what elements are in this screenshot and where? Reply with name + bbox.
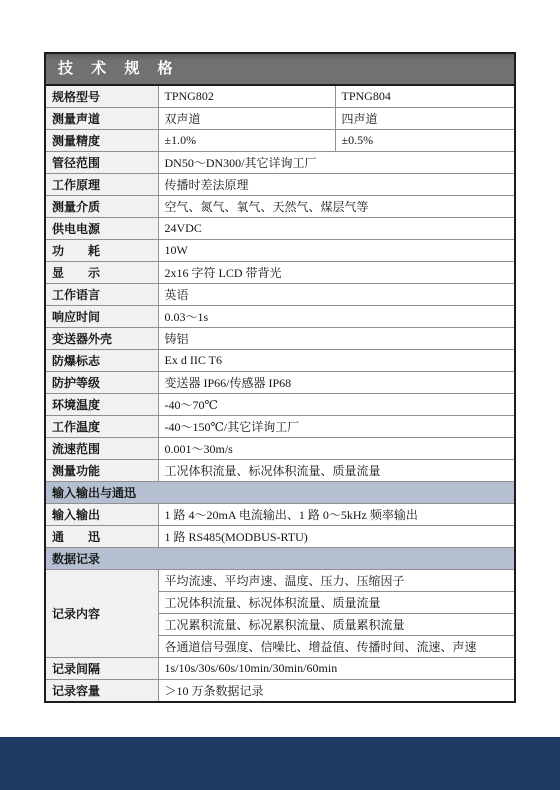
- section-header-data: 数据记录: [46, 548, 514, 570]
- spec-value: 英语: [158, 284, 514, 306]
- spec-value: 工况体积流量、标况体积流量、质量流量: [158, 592, 514, 614]
- section-header-io: 输入输出与通迅: [46, 482, 514, 504]
- spec-label: 工作语言: [46, 284, 158, 306]
- spec-value: 10W: [158, 240, 514, 262]
- spec-value: 四声道: [335, 108, 514, 130]
- table-row: 功 耗 10W: [46, 240, 514, 262]
- table-row: 防爆标志 Ex d IIC T6: [46, 350, 514, 372]
- table-row: 工作语言 英语: [46, 284, 514, 306]
- table-row: 记录内容 平均流速、平均声速、温度、压力、压缩因子: [46, 570, 514, 592]
- spec-label: 测量声道: [46, 108, 158, 130]
- spec-value: DN50～DN300/其它详询工厂: [158, 152, 514, 174]
- spec-label: 响应时间: [46, 306, 158, 328]
- spec-value: 2x16 字符 LCD 带背光: [158, 262, 514, 284]
- table-row: 输入输出 1 路 4～20mA 电流输出、1 路 0～5kHz 频率输出: [46, 504, 514, 526]
- table-row: 工作原理 传播时差法原理: [46, 174, 514, 196]
- spec-label: 环境温度: [46, 394, 158, 416]
- spec-label: 测量介质: [46, 196, 158, 218]
- table-row: 通 迅 1 路 RS485(MODBUS-RTU): [46, 526, 514, 548]
- spec-label: 防爆标志: [46, 350, 158, 372]
- spec-label: 规格型号: [46, 86, 158, 108]
- spec-label: 输入输出: [46, 504, 158, 526]
- spec-value: -40～150℃/其它详询工厂: [158, 416, 514, 438]
- spec-table: 规格型号 TPNG802 TPNG804 测量声道 双声道 四声道 测量精度 ±…: [46, 86, 514, 701]
- table-row: 测量精度 ±1.0% ±0.5%: [46, 130, 514, 152]
- spec-value: 铸铝: [158, 328, 514, 350]
- table-row: 规格型号 TPNG802 TPNG804: [46, 86, 514, 108]
- spec-value: 1s/10s/30s/60s/10min/30min/60min: [158, 658, 514, 680]
- spec-value: 空气、氮气、氧气、天然气、煤层气等: [158, 196, 514, 218]
- page-title: 技 术 规 格: [46, 54, 514, 86]
- spec-label: 通 迅: [46, 526, 158, 548]
- spec-value: TPNG802: [158, 86, 335, 108]
- spec-value: 1 路 RS485(MODBUS-RTU): [158, 526, 514, 548]
- spec-value: TPNG804: [335, 86, 514, 108]
- spec-value: 24VDC: [158, 218, 514, 240]
- table-row: 流速范围 0.001～30m/s: [46, 438, 514, 460]
- table-row: 响应时间 0.03～1s: [46, 306, 514, 328]
- spec-label: 测量精度: [46, 130, 158, 152]
- spec-label: 显 示: [46, 262, 158, 284]
- spec-label: 管径范围: [46, 152, 158, 174]
- spec-label: 测量功能: [46, 460, 158, 482]
- table-row: 环境温度 -40～70℃: [46, 394, 514, 416]
- spec-label: 流速范围: [46, 438, 158, 460]
- table-row: 防护等级 变送器 IP66/传感器 IP68: [46, 372, 514, 394]
- spec-value: 0.03～1s: [158, 306, 514, 328]
- table-row: 变送器外壳 铸铝: [46, 328, 514, 350]
- table-row: 记录容量 ＞10 万条数据记录: [46, 680, 514, 702]
- spec-value: 传播时差法原理: [158, 174, 514, 196]
- spec-label: 记录内容: [46, 570, 158, 658]
- spec-label: 工作原理: [46, 174, 158, 196]
- spec-table-box: 技 术 规 格 规格型号 TPNG802 TPNG804 测量声道 双声道 四声…: [44, 52, 516, 703]
- datasheet-page: 技 术 规 格 规格型号 TPNG802 TPNG804 测量声道 双声道 四声…: [0, 0, 560, 790]
- spec-value: ±0.5%: [335, 130, 514, 152]
- spec-label: 工作温度: [46, 416, 158, 438]
- spec-label: 变送器外壳: [46, 328, 158, 350]
- spec-label: 记录间隔: [46, 658, 158, 680]
- table-row: 测量功能 工况体积流量、标况体积流量、质量流量: [46, 460, 514, 482]
- spec-value: -40～70℃: [158, 394, 514, 416]
- spec-value: Ex d IIC T6: [158, 350, 514, 372]
- spec-value: 各通道信号强度、信噪比、增益值、传播时间、流速、声速: [158, 636, 514, 658]
- table-row: 显 示 2x16 字符 LCD 带背光: [46, 262, 514, 284]
- table-row: 记录间隔 1s/10s/30s/60s/10min/30min/60min: [46, 658, 514, 680]
- footer-band: [0, 737, 560, 790]
- spec-value: 工况累积流量、标况累积流量、质量累积流量: [158, 614, 514, 636]
- spec-value: 平均流速、平均声速、温度、压力、压缩因子: [158, 570, 514, 592]
- spec-value: 双声道: [158, 108, 335, 130]
- spec-label: 记录容量: [46, 680, 158, 702]
- spec-label: 供电电源: [46, 218, 158, 240]
- table-row: 供电电源 24VDC: [46, 218, 514, 240]
- spec-value: ＞10 万条数据记录: [158, 680, 514, 702]
- table-row: 管径范围 DN50～DN300/其它详询工厂: [46, 152, 514, 174]
- table-row: 测量声道 双声道 四声道: [46, 108, 514, 130]
- spec-value: 变送器 IP66/传感器 IP68: [158, 372, 514, 394]
- spec-value: ±1.0%: [158, 130, 335, 152]
- table-row: 测量介质 空气、氮气、氧气、天然气、煤层气等: [46, 196, 514, 218]
- spec-label: 功 耗: [46, 240, 158, 262]
- table-row: 工作温度 -40～150℃/其它详询工厂: [46, 416, 514, 438]
- section-row: 数据记录: [46, 548, 514, 570]
- spec-value: 1 路 4～20mA 电流输出、1 路 0～5kHz 频率输出: [158, 504, 514, 526]
- section-row: 输入输出与通迅: [46, 482, 514, 504]
- spec-label: 防护等级: [46, 372, 158, 394]
- spec-value: 工况体积流量、标况体积流量、质量流量: [158, 460, 514, 482]
- spec-value: 0.001～30m/s: [158, 438, 514, 460]
